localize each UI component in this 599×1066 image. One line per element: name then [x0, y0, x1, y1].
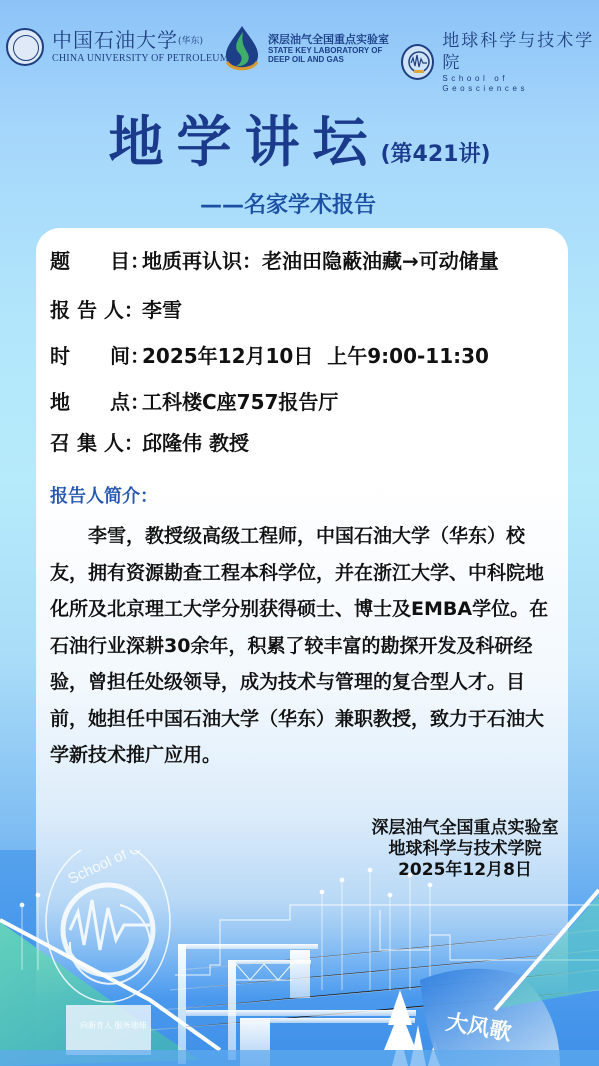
detail-value: 工科楼C座757报告厅	[142, 390, 338, 414]
university-seal-icon	[6, 28, 44, 66]
title-block: 地学讲坛(第421讲)	[0, 108, 599, 176]
detail-label: 召 集 人：	[50, 430, 142, 456]
footer-illustration: School of Geosciences 向新育人 服务地球	[0, 850, 599, 1066]
logo-china-university-of-petroleum: 中国石油大学(华东) CHINA UNIVERSITY OF PETROLEUM	[6, 28, 229, 66]
lab-name-cn: 深层油气全国重点实验室	[268, 33, 389, 46]
bio-heading: 报告人简介：	[50, 482, 158, 508]
cup-name-cn: 中国石油大学	[52, 28, 178, 52]
geo-name-cn: 地球科学与技术学院	[442, 30, 599, 74]
detail-speaker: 报 告 人：李雪	[50, 297, 182, 323]
signature-lab: 深层油气全国重点实验室	[340, 818, 590, 839]
cup-name-suffix: (华东)	[178, 37, 203, 47]
geo-name-en: School of Geosciences	[442, 74, 599, 94]
detail-topic: 题 目：地质再认识：老油田隐蔽油藏→可动储量	[50, 248, 499, 274]
detail-location: 地 点：工科楼C座757报告厅	[50, 389, 338, 415]
detail-value: 邱隆伟 教授	[142, 431, 249, 455]
header-logos: 中国石油大学(华东) CHINA UNIVERSITY OF PETROLEUM…	[0, 0, 599, 96]
detail-value: 李雪	[142, 298, 182, 322]
panel-text: 向新育人 服务地球	[80, 1020, 147, 1030]
bio-text: 李雪，教授级高级工程师，中国石油大学（华东）校友，拥有资源勘查工程本科学位，并在…	[50, 518, 560, 774]
detail-value: 地质再认识：老油田隐蔽油藏→可动储量	[142, 249, 499, 273]
bio-section: 李雪，教授级高级工程师，中国石油大学（华东）校友，拥有资源勘查工程本科学位，并在…	[50, 518, 560, 774]
page-subtitle: ——名家学术报告	[200, 188, 376, 219]
detail-label: 报 告 人：	[50, 297, 142, 323]
detail-time: 时 间：2025年12月10日 上午9:00-11:30	[50, 343, 489, 369]
lab-name-en-1: STATE KEY LABORATORY OF	[268, 46, 389, 55]
detail-value: 2025年12月10日 上午9:00-11:30	[142, 344, 489, 368]
svg-text:School of Geosciences: School of Geosciences	[65, 850, 211, 888]
lab-name-en-2: DEEP OIL AND GAS	[268, 55, 389, 64]
geosciences-seal-icon	[401, 44, 434, 80]
lecture-issue: (第421讲)	[380, 142, 490, 167]
detail-label: 时 间：	[50, 343, 142, 369]
page-title: 地学讲坛	[108, 110, 380, 174]
logo-school-of-geosciences: 地球科学与技术学院 School of Geosciences	[401, 30, 599, 94]
oil-drop-logo-icon	[222, 24, 262, 72]
cup-name-en: CHINA UNIVERSITY OF PETROLEUM	[52, 53, 229, 65]
logo-state-key-lab: 深层油气全国重点实验室 STATE KEY LABORATORY OF DEEP…	[222, 24, 389, 72]
detail-label: 题 目：	[50, 248, 142, 274]
detail-convener: 召 集 人：邱隆伟 教授	[50, 430, 249, 456]
detail-label: 地 点：	[50, 389, 142, 415]
